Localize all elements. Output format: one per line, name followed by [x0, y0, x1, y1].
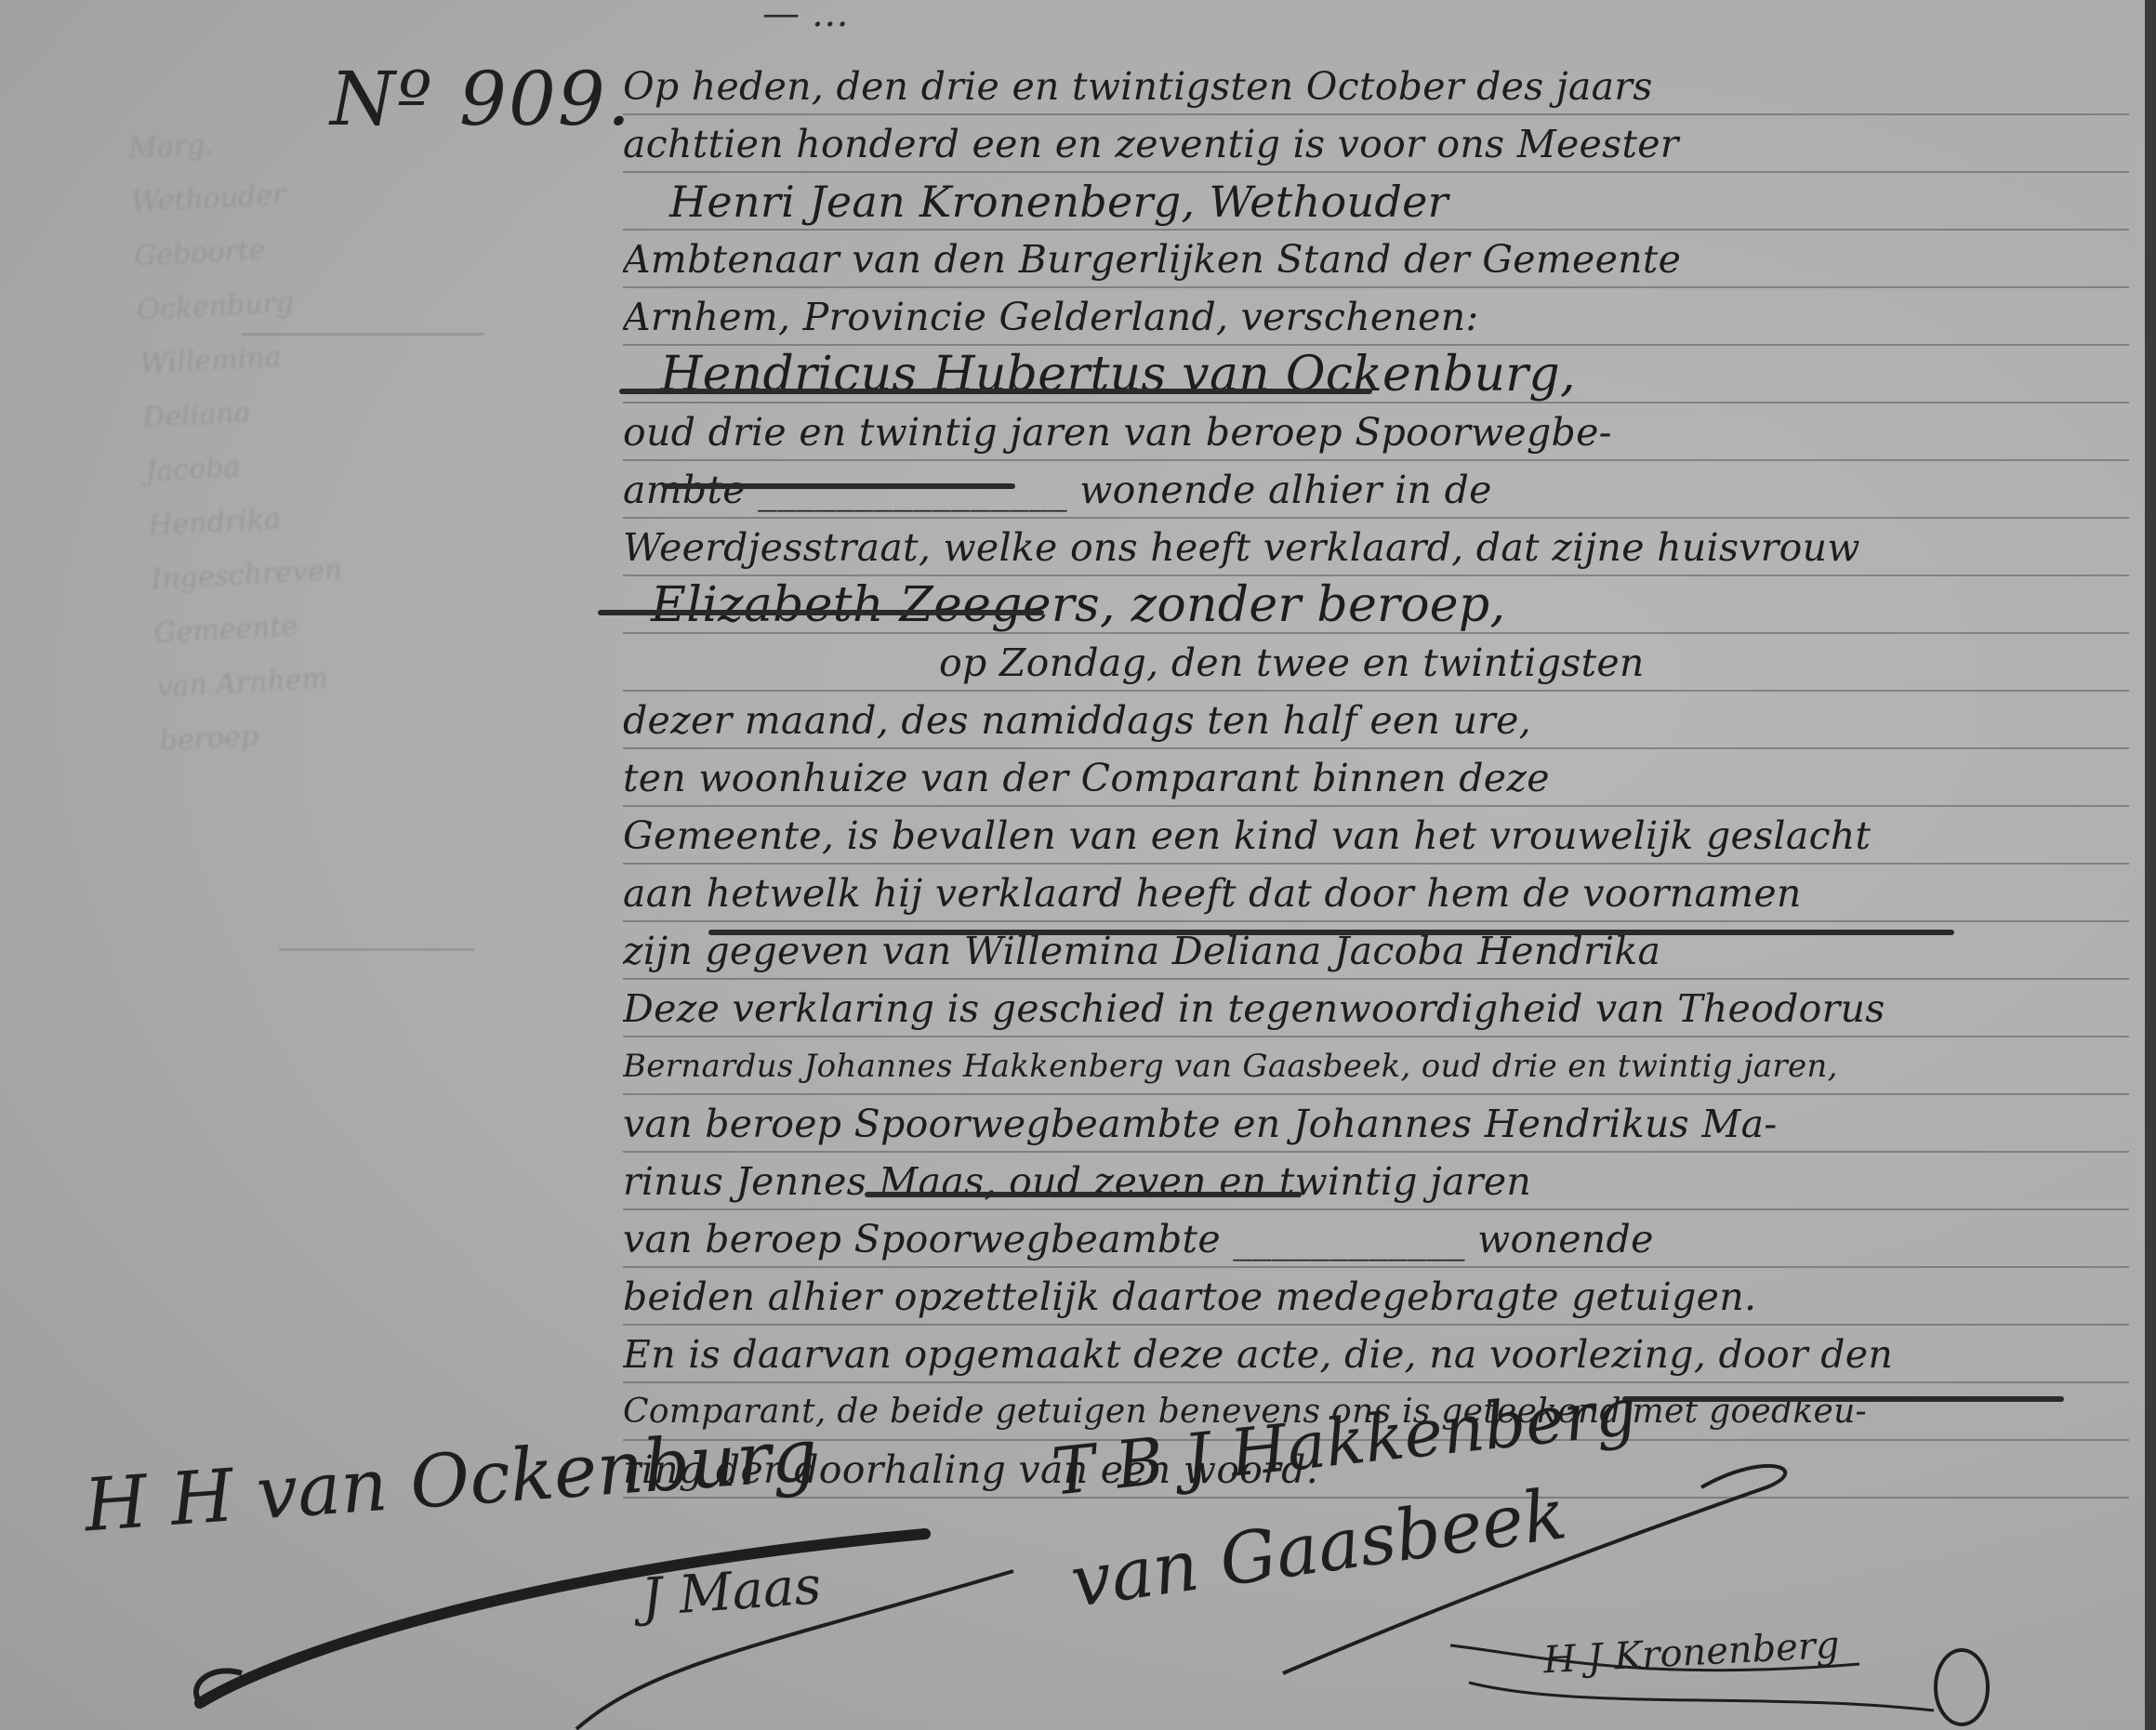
register-page: — … Marg. Wethouder Geboorte Ockenburg W…	[0, 0, 2156, 1730]
mother-name-underline	[598, 610, 1044, 615]
text-line: Gemeente, is bevallen van een kind van h…	[623, 807, 2129, 865]
act-number: Nº 909.	[330, 56, 632, 142]
father-name-underline	[619, 389, 1372, 394]
text-line: Bernardus Johannes Hakkenberg van Gaasbe…	[623, 1037, 2129, 1095]
signatures-area: H H van Ockenburg T B J Hakkenberg van G…	[0, 1432, 2156, 1730]
margin-divider	[279, 948, 474, 951]
text-line: Deze verklaring is geschied in tegenwoor…	[623, 980, 2129, 1037]
register-entry-text: Op heden, den drie en twintigsten Octobe…	[623, 58, 2129, 1499]
text-line: En is daarvan opgemaakt deze acte, die, …	[623, 1326, 2129, 1383]
text-line: van beroep Spoorwegbeambte en Johannes H…	[623, 1095, 2129, 1153]
text-line: Weerdjesstraat, welke ons heeft verklaar…	[623, 519, 2129, 576]
text-line: beiden alhier opzettelijk daartoe medege…	[623, 1268, 2129, 1326]
text-line: aan hetwelk hij verklaard heeft dat door…	[623, 865, 2129, 922]
page-edge	[2145, 0, 2156, 1730]
filler-stroke	[662, 483, 1015, 489]
text-line: Arnhem, Provincie Gelderland, verschenen…	[623, 288, 2129, 346]
filler-stroke	[1622, 1396, 2064, 1402]
margin-bleed-through: Marg. Wethouder Geboorte Ockenburg Wille…	[127, 102, 579, 1311]
text-line: Henri Jean Kronenberg, Wethouder	[623, 173, 2129, 231]
text-line: van beroep Spoorwegbeambte ____________ …	[623, 1210, 2129, 1268]
text-line: oud drie en twintig jaren van beroep Spo…	[623, 403, 2129, 461]
father-name-line: Hendricus Hubertus van Ockenburg,	[623, 346, 2129, 403]
heading-fragment: — …	[762, 0, 849, 35]
text-line: ambte ________________ wonende alhier in…	[623, 461, 2129, 519]
text-line: op Zondag, den twee en twintigsten	[623, 634, 2129, 692]
mother-name-line: Elizabeth Zeegers, zonder beroep,	[623, 576, 2129, 634]
text-line: rinus Jennes Maas, oud zeven en twintig …	[623, 1153, 2129, 1210]
filler-stroke	[865, 1192, 1302, 1197]
margin-divider	[242, 333, 483, 336]
signature-witness-2: J Maas	[640, 1555, 823, 1628]
text-line: achttien honderd een en zeventig is voor…	[623, 115, 2129, 173]
text-line: Ambtenaar van den Burgerlijken Stand der…	[623, 231, 2129, 288]
text-line: dezer maand, des namiddags ten half een …	[623, 692, 2129, 749]
child-name-underline	[708, 930, 1954, 935]
text-line: ten woonhuize van der Comparant binnen d…	[623, 749, 2129, 807]
text-line: Op heden, den drie en twintigsten Octobe…	[623, 58, 2129, 115]
